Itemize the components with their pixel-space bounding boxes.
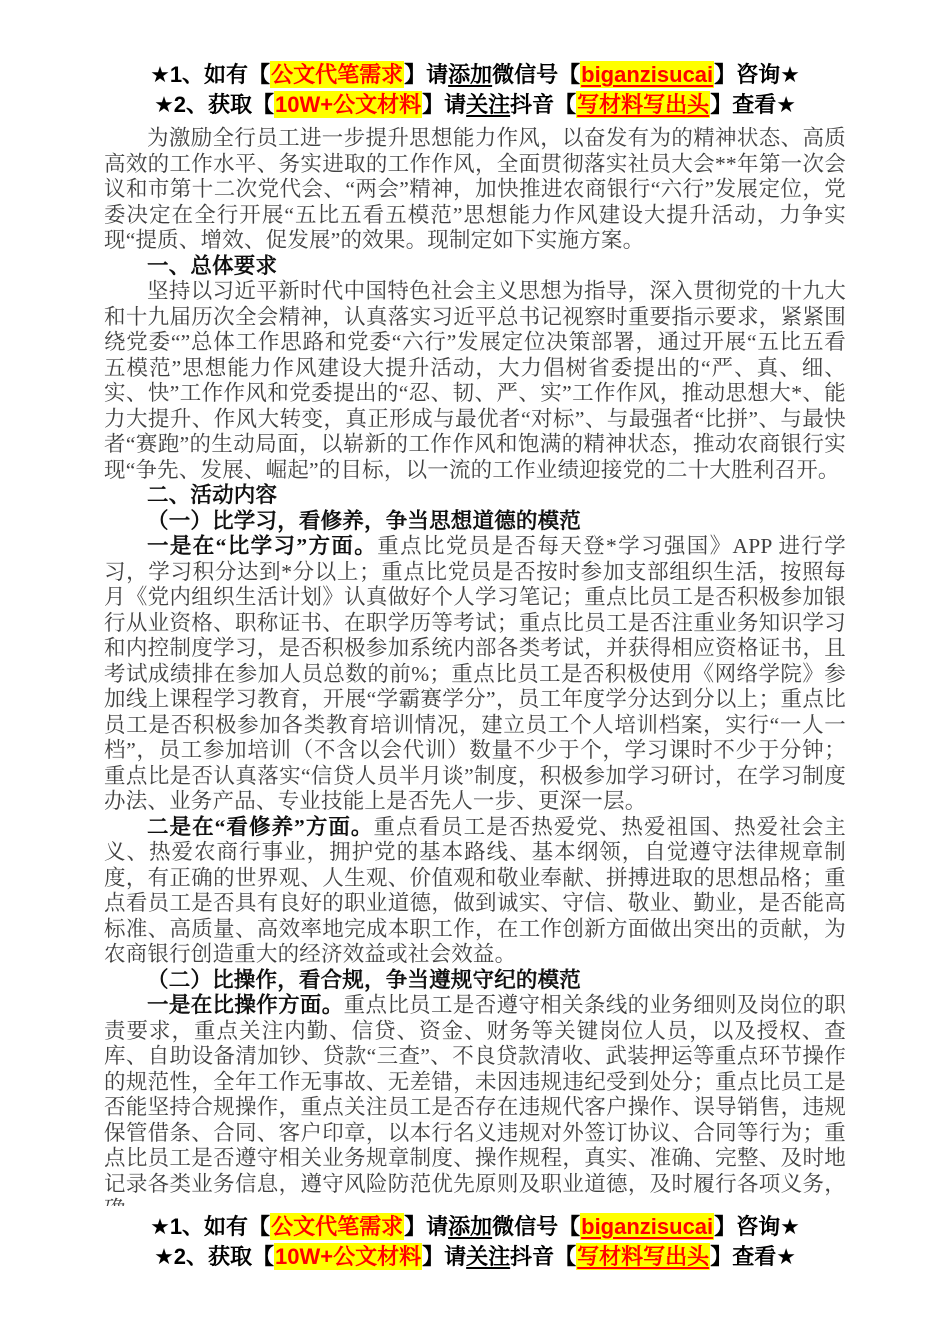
promo-text: ★2、获取【	[154, 92, 274, 117]
promo-text: 微信号【	[492, 1214, 580, 1239]
promo-text: 】咨询★	[714, 1214, 800, 1239]
promo-keyword-highlight: 10W+公文材料	[274, 91, 422, 118]
promo-text: 】请	[422, 1244, 466, 1269]
promo-banner-bottom: ★1、如有【公文代笔需求】请添加微信号【biganzisucai】咨询★ ★2、…	[0, 1212, 950, 1272]
body-paragraph: 二是在“看修养”方面。重点看员工是否热爱党、热爱祖国、热爱社会主义、热爱农商行事…	[104, 815, 846, 968]
section-heading: （一）比学习，看修养，争当思想道德的模范	[104, 509, 846, 535]
promo-underlined-text: 关注	[466, 92, 510, 117]
promo-keyword-highlight: 公文代笔需求	[270, 61, 404, 88]
document-page: ★1、如有【公文代笔需求】请添加微信号【biganzisucai】咨询★ ★2、…	[0, 0, 950, 1344]
promo-text: 】查看★	[710, 1244, 796, 1269]
promo-text: 】请	[404, 1214, 448, 1239]
promo-account-highlight: 写材料写出头	[576, 1243, 710, 1270]
section-heading: 二、活动内容	[104, 483, 846, 509]
promo-underlined-text: 关注	[466, 1244, 510, 1269]
promo-text: ★1、如有【	[150, 62, 270, 87]
promo-keyword-highlight: 10W+公文材料	[274, 1243, 422, 1270]
paragraph-lead: 一是在“比学习”方面。	[147, 534, 377, 558]
promo-text: 抖音【	[510, 92, 576, 117]
body-paragraph: 一是在比操作方面。重点比员工是否遵守相关条线的业务细则及岗位的职责要求，重点关注…	[104, 993, 846, 1206]
promo-text: ★2、获取【	[154, 1244, 274, 1269]
promo-account-highlight: biganzisucai	[580, 1213, 714, 1240]
promo-text: 】请	[404, 62, 448, 87]
promo-banner-line-1: ★1、如有【公文代笔需求】请添加微信号【biganzisucai】咨询★	[0, 1212, 950, 1242]
body-paragraph: 为激励全行员工进一步提升思想能力作风，以奋发有为的精神状态、高质高效的工作水平、…	[104, 126, 846, 254]
promo-banner-line-2: ★2、获取【10W+公文材料】请关注抖音【写材料写出头】查看★	[0, 1242, 950, 1272]
promo-banner-top: ★1、如有【公文代笔需求】请添加微信号【biganzisucai】咨询★ ★2、…	[0, 60, 950, 120]
document-body: 为激励全行员工进一步提升思想能力作风，以奋发有为的精神状态、高质高效的工作水平、…	[104, 126, 846, 1206]
body-paragraph: 一是在“比学习”方面。重点比党员是否每天登*学习强国》APP 进行学习，学习积分…	[104, 534, 846, 815]
promo-banner-line-2: ★2、获取【10W+公文材料】请关注抖音【写材料写出头】查看★	[0, 90, 950, 120]
promo-keyword-highlight: 公文代笔需求	[270, 1213, 404, 1240]
paragraph-lead: 二是在“看修养”方面。	[147, 815, 373, 839]
promo-account-highlight: 写材料写出头	[576, 91, 710, 118]
promo-text: 】查看★	[710, 92, 796, 117]
promo-underlined-text: 添加	[448, 62, 492, 87]
promo-text: 】咨询★	[714, 62, 800, 87]
paragraph-lead: 一是在比操作方面。	[147, 993, 344, 1017]
promo-text: 抖音【	[510, 1244, 576, 1269]
section-heading: （二）比操作，看合规，争当遵规守纪的模范	[104, 968, 846, 994]
section-heading: 一、总体要求	[104, 254, 846, 280]
promo-text: 】请	[422, 92, 466, 117]
promo-banner-line-1: ★1、如有【公文代笔需求】请添加微信号【biganzisucai】咨询★	[0, 60, 950, 90]
promo-account-highlight: biganzisucai	[580, 61, 714, 88]
promo-underlined-text: 添加	[448, 1214, 492, 1239]
promo-text: 微信号【	[492, 62, 580, 87]
promo-text: ★1、如有【	[150, 1214, 270, 1239]
body-paragraph: 坚持以习近平新时代中国特色社会主义思想为指导，深入贯彻党的十九大和十九届历次全会…	[104, 279, 846, 483]
